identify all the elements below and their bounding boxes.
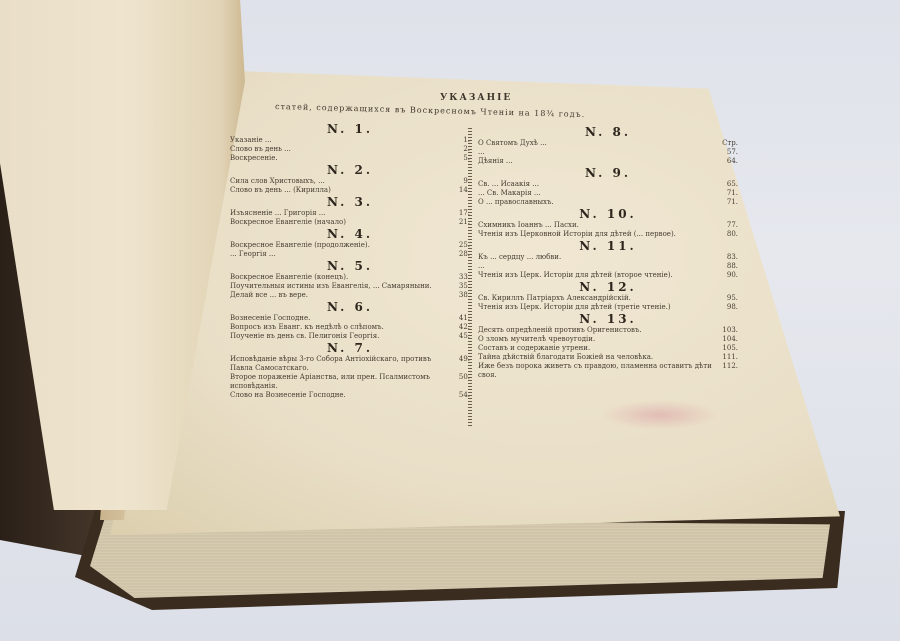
toc-entry: Тайна дѣйствій благодати Божіей на челов… [478, 353, 738, 362]
entry-page-number: 2. [463, 145, 470, 154]
section-heading: N. 7. [230, 344, 470, 353]
toc-entry: Св. Кириллъ Патріархъ Александрійскій.95… [478, 294, 738, 303]
toc-entry: Чтенія изъ Церк. Исторіи для дѣтей (втор… [478, 271, 738, 280]
toc-entry: Иже безъ порока живетъ съ правдою, пламе… [478, 362, 738, 380]
entry-title: Второе пораженіе Аріанства, или прен. Пс… [230, 373, 459, 391]
entry-page-number: 49. [459, 355, 470, 373]
entry-page-number: 65. [727, 180, 738, 189]
entry-title: Слово на Вознесеніе Господне. [230, 391, 459, 400]
entry-title: Десять опредѣленій противъ Оригенистовъ. [478, 326, 722, 335]
toc-entry: ... 57. [478, 148, 738, 157]
entry-title: Исповѣданіе вѣры 3-го Собора Антіохійска… [230, 355, 459, 373]
entry-page-number: 98. [727, 303, 738, 312]
toc-entry: Вопросъ изъ Еванг. къ недѣлѣ о слѣпомъ.4… [230, 323, 470, 332]
entry-title: Сила слов Христовыхъ, ... [230, 177, 463, 186]
toc-entry: Составъ и содержаніе утрени.105. [478, 344, 738, 353]
toc-entry: ... 88. [478, 262, 738, 271]
entry-title: Делай все ... въ вере. [230, 291, 459, 300]
entry-page-number: 80. [727, 230, 738, 239]
entry-page-number: 14. [459, 186, 470, 195]
entry-title: Чтенія изъ Церковной Исторіи для дѣтей (… [478, 230, 727, 239]
toc-entry: Чтенія изъ Церковной Исторіи для дѣтей (… [478, 230, 738, 239]
entry-title: Воскресное Евангеліе (продолженіе). [230, 241, 459, 250]
entry-title: Чтенія изъ Церк. Исторіи для дѣтей (втор… [478, 271, 727, 280]
entry-title: Указаніе ... [230, 136, 463, 145]
entry-title: Вопросъ изъ Еванг. къ недѣлѣ о слѣпомъ. [230, 323, 459, 332]
entry-title: Воскресеніе. [230, 154, 463, 163]
entry-page-number: 38. [459, 291, 470, 300]
section-heading: N. 1. [230, 125, 470, 134]
entry-title: Схимникъ Іоаннъ ... Пасхи. [478, 221, 727, 230]
entry-title: Тайна дѣйствій благодати Божіей на челов… [478, 353, 722, 362]
toc-entry: Схимникъ Іоаннъ ... Пасхи.77. [478, 221, 738, 230]
toc-entry: Поучительныя истины изъ Евангелія, ... С… [230, 282, 470, 291]
entry-title: Иже безъ порока живетъ съ правдою, пламе… [478, 362, 722, 380]
entry-page-number: 50. [459, 373, 470, 391]
entry-page-number: 111. [722, 353, 738, 362]
entry-title: Составъ и содержаніе утрени. [478, 344, 722, 353]
entry-page-number: 112. [722, 362, 738, 380]
entry-title: О зломъ мучителѣ чревоугодіи. [478, 335, 722, 344]
entry-title: Изъясненіе ... Григорія ... [230, 209, 459, 218]
section-heading: N. 2. [230, 166, 470, 175]
toc-entry: Чтенія изъ Церк. Исторіи для дѣтей (трет… [478, 303, 738, 312]
entry-page-number: 45. [459, 332, 470, 341]
toc-entry: Десять опредѣленій противъ Оригенистовъ.… [478, 326, 738, 335]
entry-title: ... Св. Макарія ... [478, 189, 727, 198]
ink-stain [600, 400, 720, 430]
entry-title: Къ ... сердцу ... любви. [478, 253, 727, 262]
toc-entry: Вознесеніе Господне.41. [230, 314, 470, 323]
section-heading: N. 11. [478, 242, 738, 251]
entry-title: Слово въ день ... (Кирилла) [230, 186, 459, 195]
toc-entry: Делай все ... въ вере.38. [230, 291, 470, 300]
toc-entry: Слово на Вознесеніе Господне.54. [230, 391, 470, 400]
entry-title: Св. ... Исаакія ... [478, 180, 727, 189]
toc-entry: Изъясненіе ... Григорія ...17. [230, 209, 470, 218]
section-heading: N. 12. [478, 283, 738, 292]
entry-page-number: 88. [727, 262, 738, 271]
section-heading: N. 5. [230, 262, 470, 271]
toc-entry: Указаніе ...1. [230, 136, 470, 145]
entry-page-number: 104. [722, 335, 738, 344]
entry-page-number: 57. [727, 148, 738, 157]
entry-title: ... Георгія ... [230, 250, 459, 259]
entry-title: Воскресное Евангеліе (конецъ). [230, 273, 459, 282]
entry-page-number: 77. [727, 221, 738, 230]
entry-page-number: 95. [727, 294, 738, 303]
entry-title: Воскресное Евангеліе (начало) [230, 218, 459, 227]
entry-page-number: 83. [727, 253, 738, 262]
entry-page-number: 54. [459, 391, 470, 400]
entry-page-number: 21. [459, 218, 470, 227]
section-heading: N. 8. [478, 128, 738, 137]
toc-entry: Слово въ день ...2. [230, 145, 470, 154]
section-heading: N. 3. [230, 198, 470, 207]
entry-page-number: 25. [459, 241, 470, 250]
toc-entry: Поученіе въ день св. Пелигонія Георгія.4… [230, 332, 470, 341]
section-heading: N. 13. [478, 315, 738, 324]
entry-title: Чтенія изъ Церк. Исторіи для дѣтей (трет… [478, 303, 727, 312]
entry-page-number: 105. [722, 344, 738, 353]
entry-page-number: Стр. [722, 139, 738, 148]
entry-page-number: 28. [459, 250, 470, 259]
toc-entry: ... Св. Макарія ...71. [478, 189, 738, 198]
entry-page-number: 71. [727, 189, 738, 198]
toc-entry: Второе пораженіе Аріанства, или прен. Пс… [230, 373, 470, 391]
toc-entry: О зломъ мучителѣ чревоугодіи.104. [478, 335, 738, 344]
section-heading: N. 6. [230, 303, 470, 312]
entry-page-number: 64. [727, 157, 738, 166]
entry-page-number: 90. [727, 271, 738, 280]
entry-title: О ... православныхъ. [478, 198, 727, 207]
entry-page-number: 42. [459, 323, 470, 332]
left-column: N. 1.Указаніе ...1.Слово въ день ...2.Во… [230, 122, 470, 400]
entry-title: Вознесеніе Господне. [230, 314, 459, 323]
entry-page-number: 9. [463, 177, 470, 186]
entry-title: Поучительныя истины изъ Евангелія, ... С… [230, 282, 459, 291]
entry-page-number: 41. [459, 314, 470, 323]
entry-title: ... [478, 148, 727, 157]
entry-page-number: 17. [459, 209, 470, 218]
entry-title: ... [478, 262, 727, 271]
entry-title: О Святомъ Духѣ ... [478, 139, 722, 148]
entry-page-number: 33. [459, 273, 470, 282]
section-heading: N. 9. [478, 169, 738, 178]
toc-entry: Св. ... Исаакія ...65. [478, 180, 738, 189]
entry-page-number: 103. [722, 326, 738, 335]
entry-title: Св. Кириллъ Патріархъ Александрійскій. [478, 294, 727, 303]
entry-title: Слово въ день ... [230, 145, 463, 154]
toc-entry: Воскресеніе.5. [230, 154, 470, 163]
entry-page-number: 1. [463, 136, 470, 145]
entry-title: Поученіе въ день св. Пелигонія Георгія. [230, 332, 459, 341]
entry-page-number: 71. [727, 198, 738, 207]
entry-title: Дѣянія ... [478, 157, 727, 166]
toc-entry: О Святомъ Духѣ ...Стр. [478, 139, 738, 148]
toc-entry: Воскресное Евангеліе (конецъ).33. [230, 273, 470, 282]
toc-entry: Воскресное Евангеліе (продолженіе).25. [230, 241, 470, 250]
toc-entry: О ... православныхъ.71. [478, 198, 738, 207]
toc-entry: Дѣянія ...64. [478, 157, 738, 166]
section-heading: N. 10. [478, 210, 738, 219]
entry-page-number: 35. [459, 282, 470, 291]
toc-entry: Исповѣданіе вѣры 3-го Собора Антіохійска… [230, 355, 470, 373]
page-title: УКАЗАНІЕ [440, 93, 512, 103]
toc-entry: Къ ... сердцу ... любви.83. [478, 253, 738, 262]
right-column: N. 8.О Святомъ Духѣ ...Стр.... 57.Дѣянія… [478, 125, 738, 380]
entry-page-number: 5. [463, 154, 470, 163]
section-heading: N. 4. [230, 230, 470, 239]
toc-entry: ... Георгія ...28. [230, 250, 470, 259]
toc-entry: Слово въ день ... (Кирилла)14. [230, 186, 470, 195]
toc-entry: Сила слов Христовыхъ, ...9. [230, 177, 470, 186]
toc-entry: Воскресное Евангеліе (начало)21. [230, 218, 470, 227]
